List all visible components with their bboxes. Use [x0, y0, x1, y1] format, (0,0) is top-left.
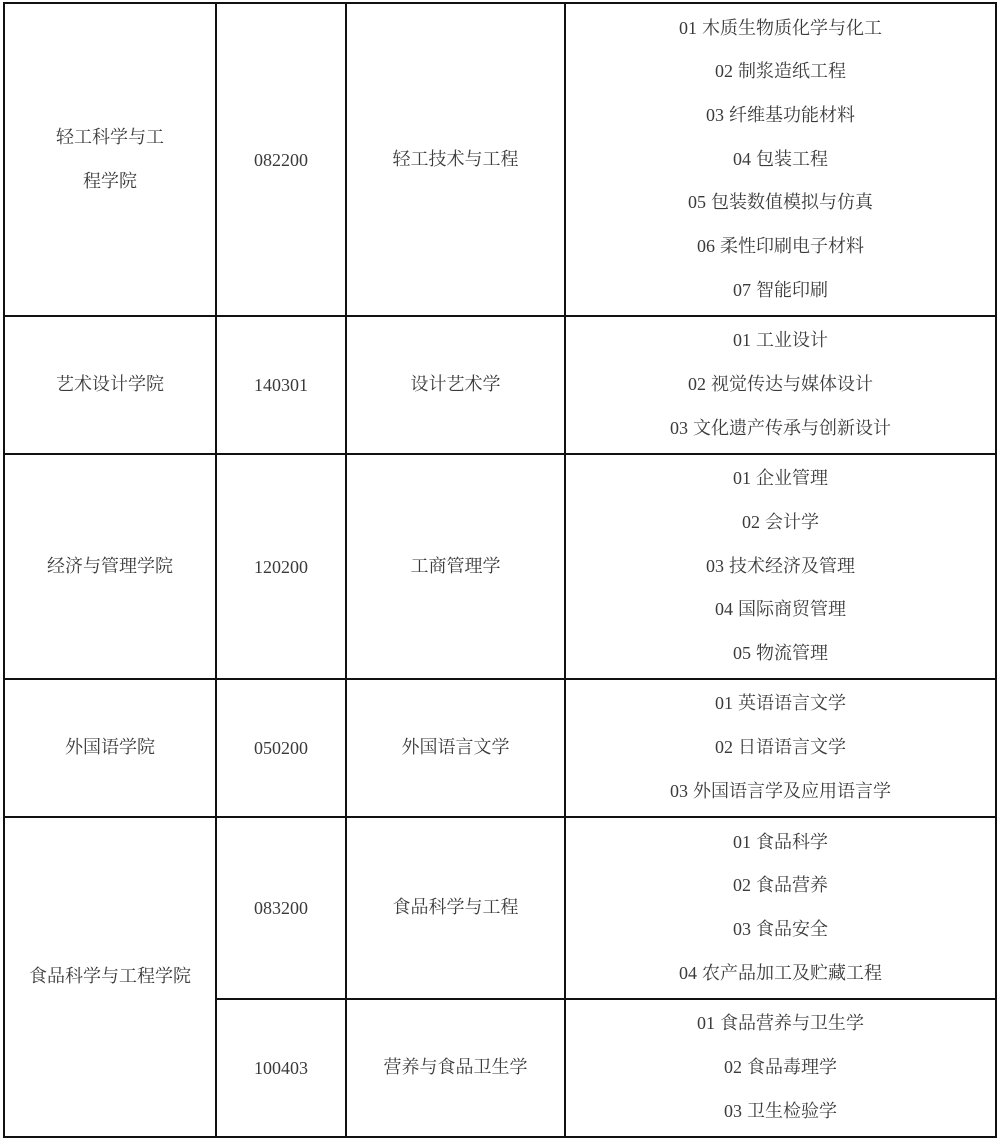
major-code-cell: 100403	[216, 999, 346, 1137]
directions-cell: 01木质生物质化学与化工 02制浆造纸工程 03纤维基功能材料 04包装工程 0…	[565, 3, 996, 316]
list-item: 01英语语言文学	[715, 682, 846, 726]
list-item: 04国际商贸管理	[715, 588, 846, 632]
college-cell: 轻工科学与工 程学院	[4, 3, 216, 316]
directions-cell: 01英语语言文学 02日语语言文学 03外国语言学及应用语言学	[565, 679, 996, 817]
major-name-cell: 营养与食品卫生学	[346, 999, 565, 1137]
list-item: 03技术经济及管理	[706, 545, 855, 589]
list-item: 02日语语言文学	[715, 726, 846, 770]
list-item: 03外国语言学及应用语言学	[670, 770, 891, 814]
list-item: 01食品营养与卫生学	[697, 1002, 864, 1046]
list-item: 01工业设计	[733, 319, 828, 363]
college-cell: 艺术设计学院	[4, 316, 216, 454]
list-item: 05包装数值模拟与仿真	[688, 181, 873, 225]
direction-list: 01英语语言文学 02日语语言文学 03外国语言学及应用语言学	[566, 682, 995, 813]
major-name-cell: 轻工技术与工程	[346, 3, 565, 316]
directions-cell: 01企业管理 02会计学 03技术经济及管理 04国际商贸管理 05物流管理	[565, 454, 996, 679]
direction-list: 01企业管理 02会计学 03技术经济及管理 04国际商贸管理 05物流管理	[566, 457, 995, 675]
directions-cell: 01工业设计 02视觉传达与媒体设计 03文化遗产传承与创新设计	[565, 316, 996, 454]
major-name-cell: 食品科学与工程	[346, 817, 565, 999]
direction-list: 01食品科学 02食品营养 03食品安全 04农产品加工及贮藏工程	[566, 821, 995, 996]
list-item: 03食品安全	[733, 908, 828, 952]
direction-list: 01工业设计 02视觉传达与媒体设计 03文化遗产传承与创新设计	[566, 319, 995, 450]
table-row: 食品科学与工程学院 083200 食品科学与工程 01食品科学 02食品营养 0…	[4, 817, 996, 999]
major-code-cell: 083200	[216, 817, 346, 999]
direction-list: 01食品营养与卫生学 02食品毒理学 03卫生检验学	[566, 1002, 995, 1133]
major-code-cell: 082200	[216, 3, 346, 316]
list-item: 07智能印刷	[733, 269, 828, 313]
direction-list: 01木质生物质化学与化工 02制浆造纸工程 03纤维基功能材料 04包装工程 0…	[566, 7, 995, 313]
major-code-cell: 140301	[216, 316, 346, 454]
list-item: 06柔性印刷电子材料	[697, 225, 864, 269]
table-row: 外国语学院 050200 外国语言文学 01英语语言文学 02日语语言文学 03…	[4, 679, 996, 817]
list-item: 01木质生物质化学与化工	[679, 7, 882, 51]
table-row: 轻工科学与工 程学院 082200 轻工技术与工程 01木质生物质化学与化工 0…	[4, 3, 996, 316]
list-item: 02制浆造纸工程	[715, 50, 846, 94]
list-item: 03卫生检验学	[724, 1090, 837, 1134]
table-row: 艺术设计学院 140301 设计艺术学 01工业设计 02视觉传达与媒体设计 0…	[4, 316, 996, 454]
major-name-cell: 外国语言文学	[346, 679, 565, 817]
college-cell: 外国语学院	[4, 679, 216, 817]
college-cell: 食品科学与工程学院	[4, 817, 216, 1137]
major-name-cell: 设计艺术学	[346, 316, 565, 454]
major-name-cell: 工商管理学	[346, 454, 565, 679]
list-item: 01企业管理	[733, 457, 828, 501]
list-item: 02视觉传达与媒体设计	[688, 363, 873, 407]
list-item: 02食品营养	[733, 864, 828, 908]
directions-cell: 01食品营养与卫生学 02食品毒理学 03卫生检验学	[565, 999, 996, 1137]
majors-table: 轻工科学与工 程学院 082200 轻工技术与工程 01木质生物质化学与化工 0…	[3, 2, 997, 1138]
major-code-cell: 120200	[216, 454, 346, 679]
list-item: 02食品毒理学	[724, 1046, 837, 1090]
table-row: 经济与管理学院 120200 工商管理学 01企业管理 02会计学 03技术经济…	[4, 454, 996, 679]
list-item: 02会计学	[742, 501, 819, 545]
list-item: 03纤维基功能材料	[706, 94, 855, 138]
list-item: 04农产品加工及贮藏工程	[679, 952, 882, 996]
list-item: 05物流管理	[733, 632, 828, 676]
college-cell: 经济与管理学院	[4, 454, 216, 679]
directions-cell: 01食品科学 02食品营养 03食品安全 04农产品加工及贮藏工程	[565, 817, 996, 999]
list-item: 01食品科学	[733, 821, 828, 865]
college-name: 轻工科学与工 程学院	[45, 116, 175, 204]
list-item: 03文化遗产传承与创新设计	[670, 407, 891, 451]
major-code-cell: 050200	[216, 679, 346, 817]
list-item: 04包装工程	[733, 138, 828, 182]
